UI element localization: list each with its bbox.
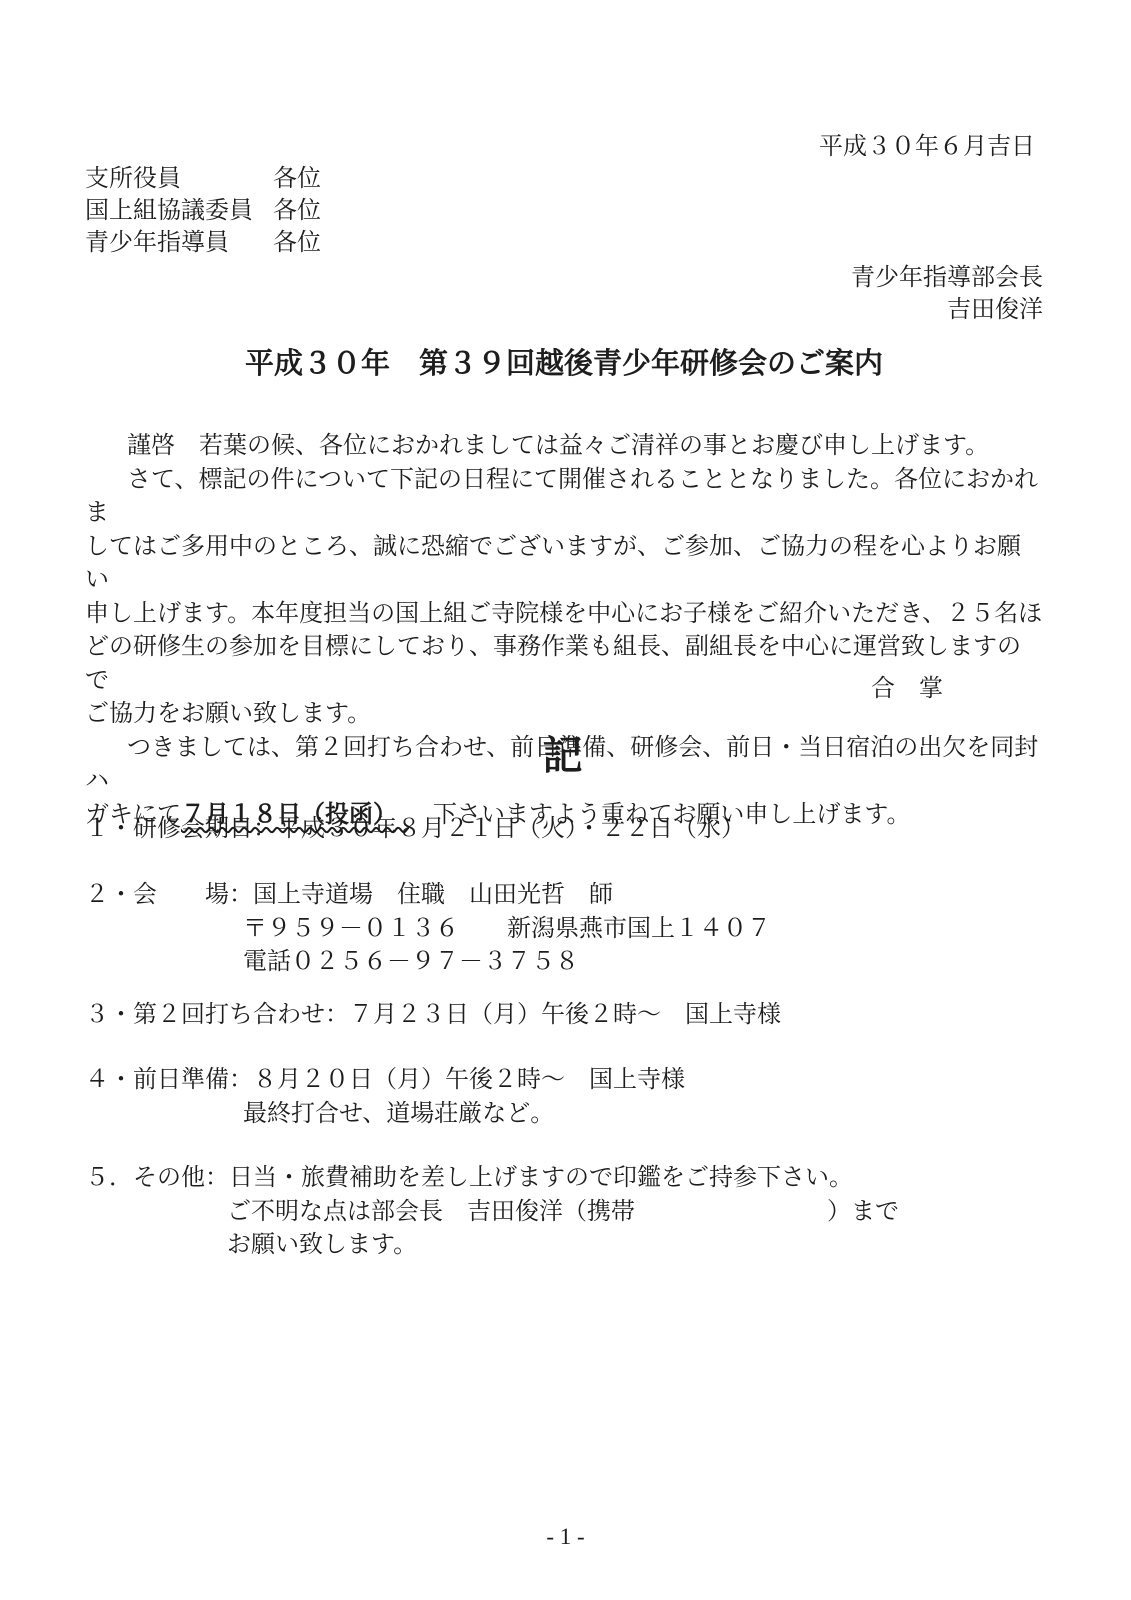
document-date: 平成３０年６月吉日: [85, 131, 1043, 163]
document-page: 平成３０年６月吉日 支所役員各位 国上組協議委員各位 青少年指導員各位 青少年指…: [0, 0, 1131, 1600]
notice-item-3: ３・第２回打ち合わせ：７月２３日（月）午後２時～ 国上寺様: [85, 999, 1043, 1033]
notice-item-line: ４・前日準備：８月２０日（月）午後２時～ 国上寺様: [85, 1064, 1043, 1098]
notice-item-1: １・研修会期日：平成３０年８月２１日（火）・２２日（水）: [85, 813, 1043, 847]
recipient-honorific: 各位: [273, 166, 321, 192]
recipient-row: 支所役員各位: [85, 163, 1043, 195]
notice-item-subline: 電話０２５６－９７－３７５８: [85, 946, 1043, 980]
body-line: してはご多用中のところ、誠に恐縮でございますが、ご参加、ご協力の程を心よりお願い: [85, 531, 1043, 598]
recipient-honorific: 各位: [273, 230, 321, 256]
recipient-honorific: 各位: [273, 198, 321, 224]
notice-heading: 記: [85, 728, 1043, 784]
notice-item-subline: ご不明な点は部会長 吉田俊洋（携帯 ）まで: [85, 1196, 1043, 1230]
notice-item-subline: 最終打合せ、道場荘厳など。: [85, 1098, 1043, 1132]
notice-item-subline: 〒９５９－０１３６ 新潟県燕市国上１４０７: [85, 913, 1043, 947]
sender-name: 吉田俊洋: [85, 294, 1043, 326]
recipient-list: 支所役員各位 国上組協議委員各位 青少年指導員各位: [85, 163, 1043, 259]
notice-item-2: ２・会 場：国上寺道場 住職 山田光哲 師 〒９５９－０１３６ 新潟県燕市国上１…: [85, 879, 1043, 980]
notice-item-line: ３・第２回打ち合わせ：７月２３日（月）午後２時～ 国上寺様: [85, 999, 1043, 1033]
recipient-name: 青少年指導員: [85, 227, 273, 259]
page-number: - 1 -: [0, 1522, 1131, 1552]
notice-item-subline: お願い致します。: [85, 1229, 1043, 1263]
body-line: 謹啓 若葉の候、各位におかれましては益々ご清祥の事とお慶び申し上げます。: [85, 430, 1043, 464]
document-title: 平成３０年 第３９回越後青少年研修会のご案内: [85, 344, 1043, 384]
notice-item-line: １・研修会期日：平成３０年８月２１日（火）・２２日（水）: [85, 813, 1043, 847]
sender-block: 青少年指導部会長 吉田俊洋: [85, 262, 1043, 326]
notice-item-line: ２・会 場：国上寺道場 住職 山田光哲 師: [85, 879, 1043, 913]
notice-item-line: ５．その他：日当・旅費補助を差し上げますので印鑑をご持参下さい。: [85, 1162, 1043, 1196]
closing-salutation: 合 掌: [85, 673, 1043, 707]
notice-item-4: ４・前日準備：８月２０日（月）午後２時～ 国上寺様 最終打合せ、道場荘厳など。: [85, 1064, 1043, 1131]
body-line: 申し上げます。本年度担当の国上組ご寺院様を中心にお子様をご紹介いただき、２５名ほ: [85, 598, 1043, 632]
recipient-name: 支所役員: [85, 163, 273, 195]
recipient-name: 国上組協議委員: [85, 195, 273, 227]
sender-title: 青少年指導部会長: [85, 262, 1043, 294]
recipient-row: 国上組協議委員各位: [85, 195, 1043, 227]
recipient-row: 青少年指導員各位: [85, 227, 1043, 259]
body-line: さて、標記の件について下記の日程にて開催されることとなりました。各位におかれま: [85, 464, 1043, 531]
notice-item-5: ５．その他：日当・旅費補助を差し上げますので印鑑をご持参下さい。 ご不明な点は部…: [85, 1162, 1043, 1263]
